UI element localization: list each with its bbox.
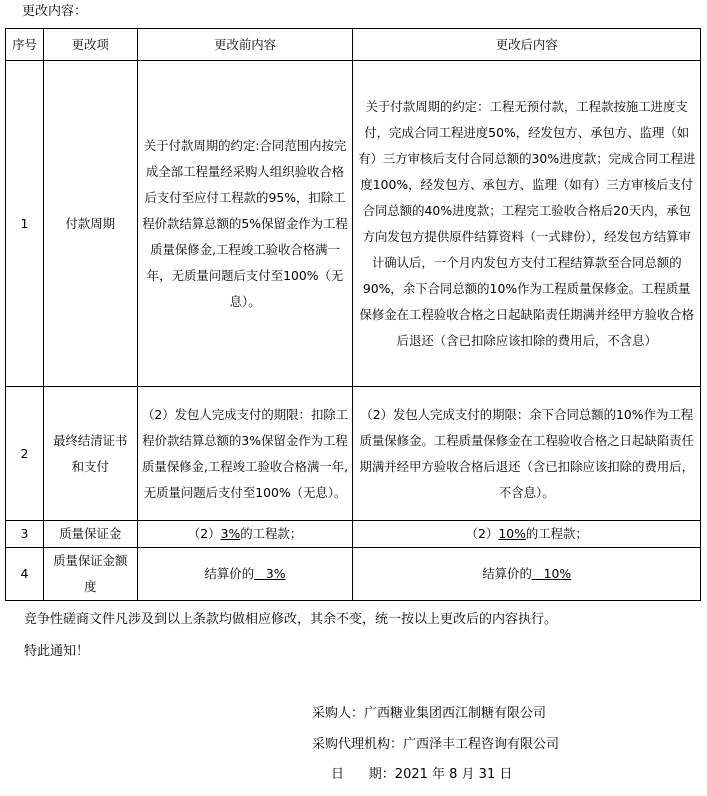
before-prefix: 结算价的 [205,566,255,581]
row-before: （2）3%的工程款； [137,521,353,548]
row-no: 3 [6,521,44,548]
table-header-row: 序号 更改项 更改前内容 更改后内容 [6,29,701,61]
row-no: 4 [6,548,44,601]
row-no: 1 [6,61,44,387]
before-value: 3% [254,566,285,581]
agent-label: 采购代理机构： [312,737,403,752]
section-title: 更改内容： [22,3,87,21]
before-value: 3% [221,526,241,541]
row-before: 关于付款周期的约定:合同范围内按完成全部工程量经采购人组织验收合格后支付至应付工… [137,61,353,387]
row-item: 最终结清证书和支付 [43,387,137,521]
date-value: 2021 年 8 月 31 日 [395,767,513,782]
row-before: （2）发包人完成支付的期限：扣除工程价款结算总额的3%保留金作为工程质量保修金,… [137,387,353,521]
after-value: 10% [532,566,571,581]
date-label: 日 期： [331,767,395,782]
table-row: 3 质量保证金 （2）3%的工程款； （2）10%的工程款； [6,521,701,548]
agent-line: 采购代理机构：广西泽丰工程咨询有限公司 [312,736,559,754]
table-row: 4 质量保证金额度 结算价的 3% 结算价的 10% [6,548,701,601]
table-row: 2 最终结清证书和支付 （2）发包人完成支付的期限：扣除工程价款结算总额的3%保… [6,387,701,521]
row-after: （2）发包人完成支付的期限：余下合同总额的10%作为工程质量保修金。工程质量保修… [353,387,701,521]
date-line: 日 期：2021 年 8 月 31 日 [331,766,512,784]
purchaser-name: 广西糖业集团西江制糖有限公司 [364,706,546,721]
closing-note: 竞争性磋商文件凡涉及到以上条款均做相应修改，其余不变，统一按以上更改后的内容执行… [24,611,557,629]
header-no: 序号 [6,29,44,61]
row-item: 付款周期 [43,61,137,387]
before-prefix: （2） [188,526,221,541]
after-prefix: 结算价的 [482,566,532,581]
header-item: 更改项 [43,29,137,61]
table-row: 1 付款周期 关于付款周期的约定:合同范围内按完成全部工程量经采购人组织验收合格… [6,61,701,387]
after-value: 10% [498,526,526,541]
header-before: 更改前内容 [137,29,353,61]
notice-text: 特此通知！ [24,643,89,661]
row-before: 结算价的 3% [137,548,353,601]
agent-name: 广西泽丰工程咨询有限公司 [403,737,559,752]
after-suffix: 的工程款； [526,526,588,541]
changes-table: 序号 更改项 更改前内容 更改后内容 1 付款周期 关于付款周期的约定:合同范围… [5,28,701,601]
purchaser-line: 采购人：广西糖业集团西江制糖有限公司 [312,705,546,723]
row-after: 关于付款周期的约定：工程无预付款，工程款按施工进度支付，完成合同工程进度50%，… [353,61,701,387]
row-no: 2 [6,387,44,521]
before-suffix: 的工程款； [240,526,302,541]
header-after: 更改后内容 [353,29,701,61]
row-after: （2）10%的工程款； [353,521,701,548]
after-prefix: （2） [466,526,499,541]
row-item: 质量保证金 [43,521,137,548]
row-item: 质量保证金额度 [43,548,137,601]
purchaser-label: 采购人： [312,706,364,721]
row-after: 结算价的 10% [353,548,701,601]
